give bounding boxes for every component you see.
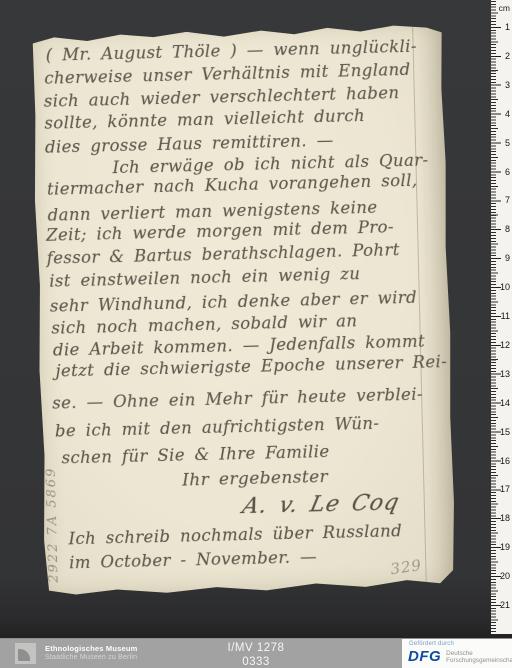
ruler-number: 15 [500,427,510,437]
ruler-number: 19 [500,542,510,552]
letter-line: ist einstweilen noch ein wenig zu [49,264,361,291]
dfg-name-line1: Deutsche [446,650,473,657]
paper-fold-shading [412,21,457,588]
ruler-number: 9 [505,253,510,263]
ruler: cm 123456789101112131415161718192021 [491,0,512,634]
footer-bar: Ethnologisches Museum Staatliche Museen … [0,638,512,668]
dfg-acronym: DFG [408,648,441,665]
ruler-number: 12 [500,340,510,350]
letter-closing: Ihr ergebenster [182,467,328,491]
ruler-number: 7 [505,195,510,205]
ruler-number: 17 [500,484,510,494]
dfg-funded-by-label: Gefördert durch [409,641,512,647]
ruler-number: 6 [505,167,510,177]
letter-line: sehr Windhund, ich denke aber er wird [50,288,418,316]
pencil-inventory-note: 2922 7A 5869 [44,466,62,582]
letter-postscript-line: im October - November. — [69,547,317,572]
dfg-name-line2: Forschungsgemeinschaft [446,657,512,664]
ruler-number: 21 [500,600,510,610]
letter-postscript-line: Ich schreib nochmals über Russland [68,521,402,548]
ruler-number: 2 [505,51,510,61]
ruler-number: 3 [505,80,510,90]
letter-page: ( Mr. August Thöle ) — wenn unglückli- c… [29,21,457,597]
pencil-page-number: 329 [389,556,423,578]
ruler-number: 10 [500,282,510,292]
letter-line: schen für Sie & Ihre Familie [61,442,329,468]
ruler-number: 1 [505,22,510,32]
ruler-number: 5 [505,138,510,148]
dfg-logo: Gefördert durch DFG Deutsche Forschungsg… [402,639,512,668]
ruler-number: 20 [500,571,510,581]
letter-line: se. — Ohne ein Mehr für heute verblei- [52,385,423,413]
letter-line: be ich mit den aufrichtigsten Wün- [55,414,380,441]
ruler-number: 8 [505,224,510,234]
letter-line: sollte, könnte man vielleicht durch [44,106,365,133]
ruler-number: 18 [500,513,510,523]
ruler-number: 13 [500,369,510,379]
ruler-number: 4 [505,109,510,119]
scan-viewer: ( Mr. August Thöle ) — wenn unglückli- c… [0,0,512,668]
signature: A. v. Le Coq [240,490,402,519]
letter-line: tiermacher nach Kucha vorangehen soll, [47,171,418,199]
dfg-full-name: Deutsche Forschungsgemeinschaft [446,650,512,664]
ruler-number: 11 [501,311,510,321]
ruler-unit-label: cm [499,3,510,13]
ruler-cm-ticks [491,0,501,634]
ruler-number: 14 [500,398,510,408]
ruler-number: 16 [500,456,510,466]
